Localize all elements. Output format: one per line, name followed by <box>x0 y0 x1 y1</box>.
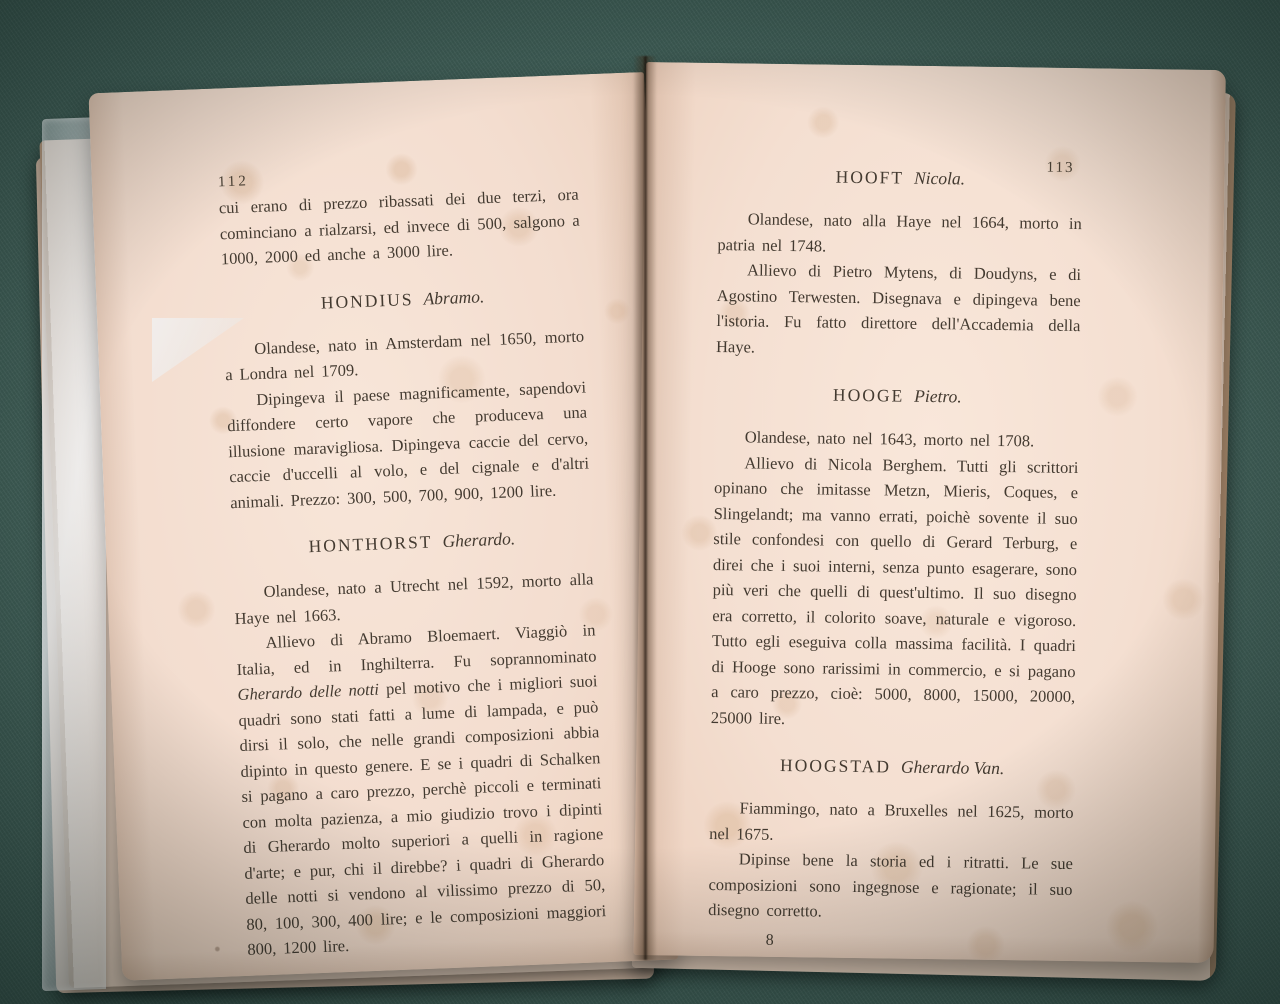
entry-forename: Abramo. <box>423 286 484 308</box>
entry-heading-hooft: HOOFTNicola. <box>718 165 1082 191</box>
paragraph: Allievo di Abramo Bloemaert. Viaggiò in … <box>235 617 607 962</box>
entry-surname: HOOGE <box>833 385 905 406</box>
entry-forename: Pietro. <box>914 386 962 407</box>
paragraph: Allievo di Nicola Berghem. Tutti gli scr… <box>711 449 1079 735</box>
entry-forename: Nicola. <box>914 168 965 189</box>
paragraph-segment-italic: Gherardo delle notti <box>237 680 379 704</box>
entry-surname: HOOGSTAD <box>780 755 891 777</box>
entry-heading-honthorst: HONTHORSTGherardo. <box>232 525 593 560</box>
paragraph: Dipingeva il paese magnificamente, sapen… <box>226 374 591 515</box>
book-gutter-shadow <box>633 56 657 960</box>
entry-heading-hoogstad: HOOGSTADGherardo Van. <box>710 754 1074 780</box>
entry-surname: HONTHORST <box>308 531 433 556</box>
entry-surname: HOOFT <box>836 167 905 188</box>
paragraph: Olandese, nato alla Haye nel 1664, morto… <box>717 206 1082 262</box>
left-page: 112 cui erano di prezzo ribassati dei du… <box>88 72 678 981</box>
paragraph-continuation: cui erano di prezzo ribassati dei due te… <box>218 182 581 272</box>
entry-heading-hooge: HOOGEPietro. <box>715 383 1079 409</box>
paragraph: Dipinse bene la storia ed i ritratti. Le… <box>708 846 1073 928</box>
paragraph-segment: pel motivo che i migliori suoi quadri so… <box>238 671 606 959</box>
signature-mark: 8 <box>766 931 1072 953</box>
paragraph-segment: Allievo di Abramo Bloemaert. Viaggiò in … <box>236 620 596 678</box>
entry-forename: Gherardo Van. <box>901 757 1005 778</box>
entry-heading-hondius: HONDIUSAbramo. <box>222 282 583 317</box>
paragraph: Fiammingo, nato a Bruxelles nel 1625, mo… <box>709 795 1074 851</box>
paragraph: Allievo di Pietro Mytens, di Doudyns, e … <box>716 257 1081 364</box>
entry-surname: HONDIUS <box>320 289 413 313</box>
right-page: 113 HOOFTNicola. Olandese, nato alla Hay… <box>634 62 1226 963</box>
entry-forename: Gherardo. <box>442 528 515 551</box>
